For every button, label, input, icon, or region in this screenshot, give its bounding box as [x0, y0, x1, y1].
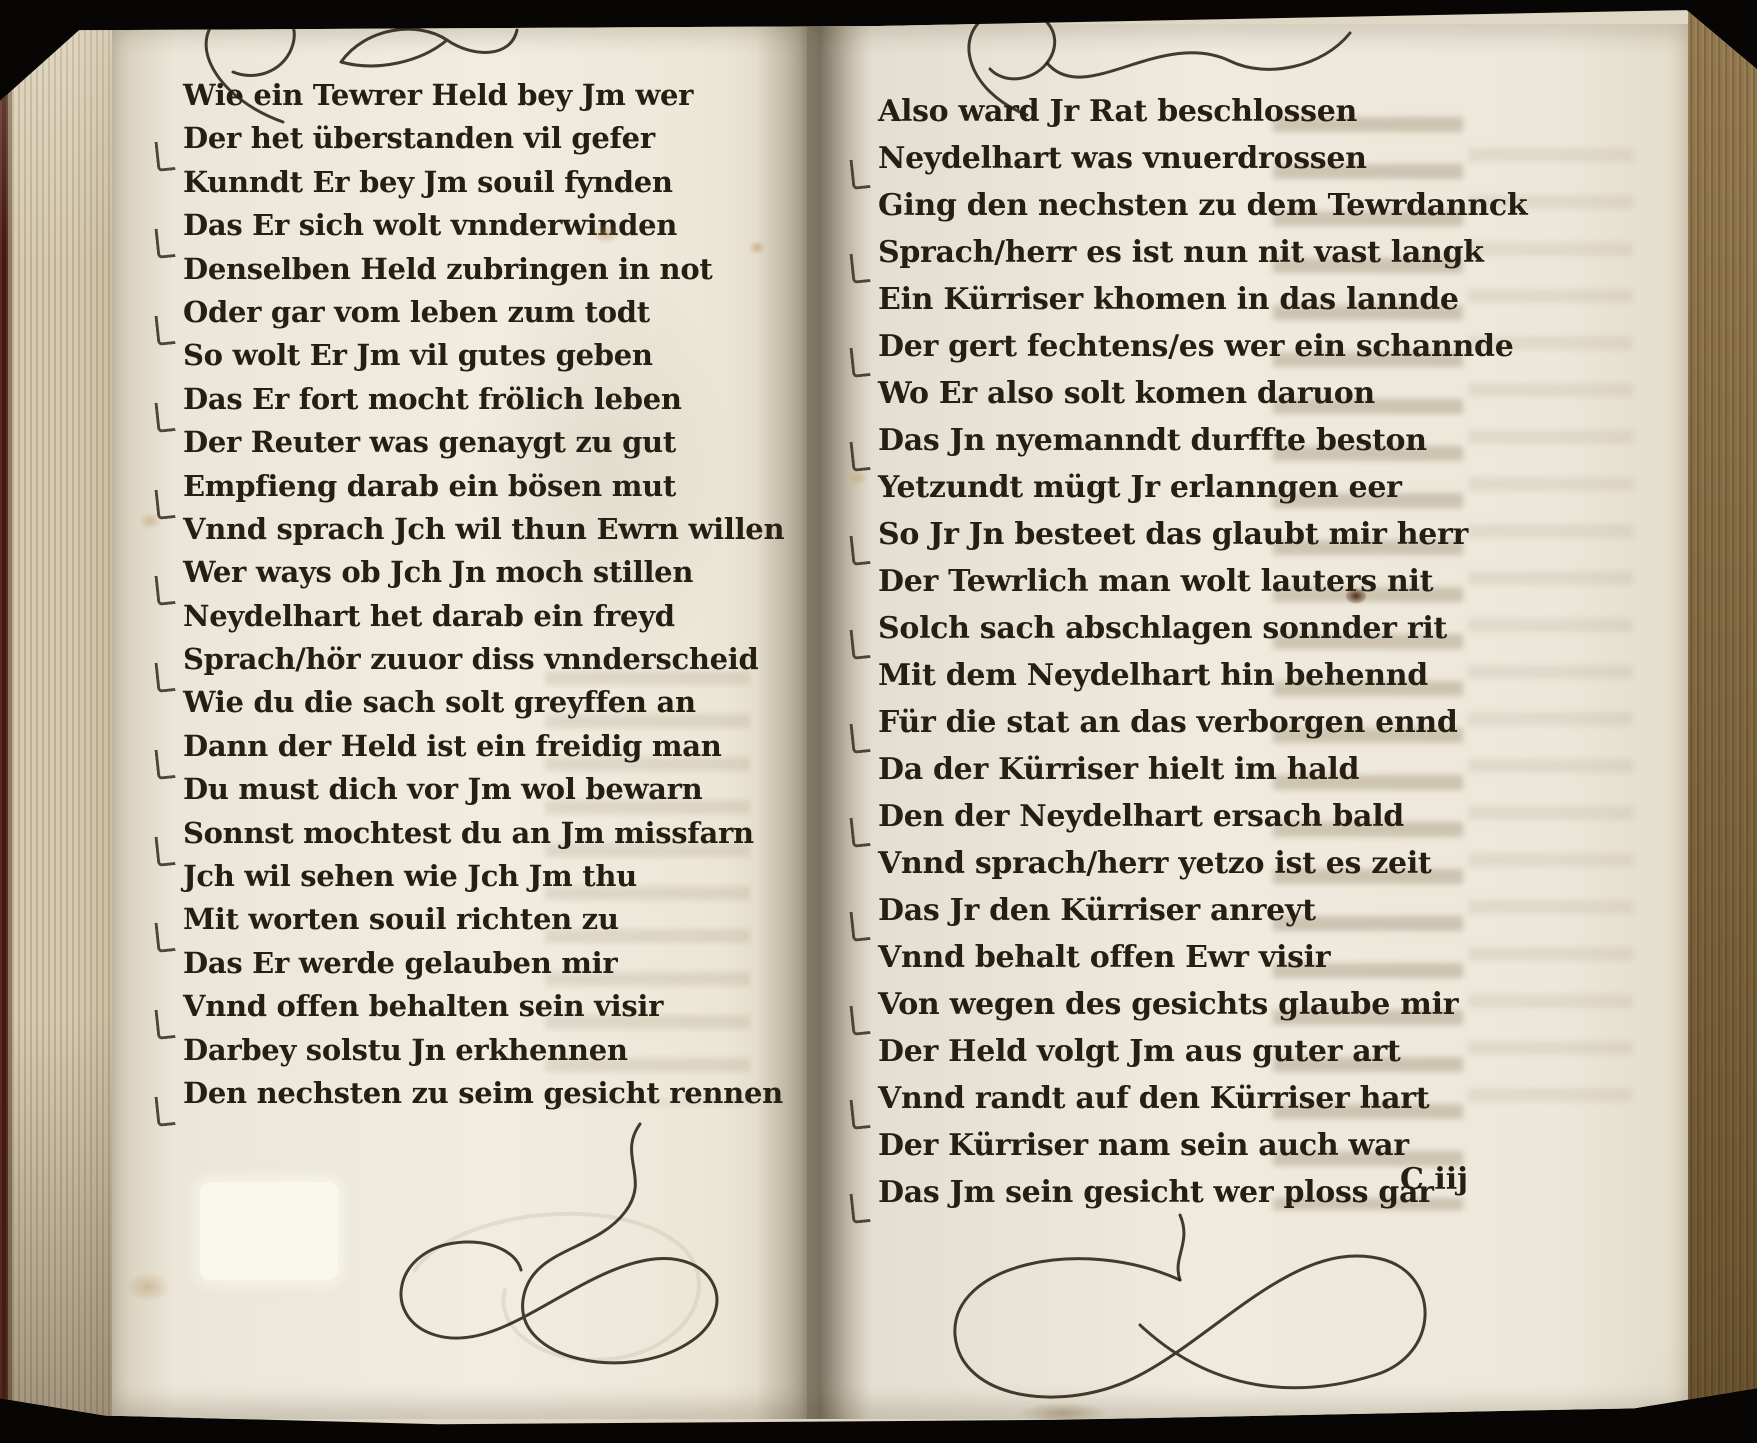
couplet-hook-mark: [154, 922, 175, 954]
verse-line: Ging den nechsten zu dem Tewrdannck: [878, 182, 1527, 229]
couplet-hook-mark: [849, 534, 870, 566]
verse-line: Den nechsten zu seim gesicht rennen: [183, 1072, 784, 1115]
verse-line: Yetzundt mügt Jr erlanngen eer: [878, 464, 1527, 511]
verse-line-text: Vnnd offen behalten sein visir: [183, 989, 663, 1023]
verse-line: Oder gar vom leben zum todt: [183, 291, 784, 334]
couplet-hook-mark: [154, 1008, 175, 1040]
couplet-hook-mark: [154, 401, 175, 433]
verse-line: Da der Kürriser hielt im hald: [878, 746, 1527, 793]
verse-line: Solch sach abschlagen sonnder rit: [878, 605, 1527, 652]
verse-line: Vnnd randt auf den Kürriser hart: [878, 1075, 1527, 1122]
verse-line: Wie ein Tewrer Held bey Jm wer: [183, 74, 784, 117]
verse-line-text: Also ward Jr Rat beschlossen: [878, 94, 1357, 129]
verse-column-right: Also ward Jr Rat beschlossenNeydelhart w…: [878, 88, 1527, 1216]
couplet-hook-mark: [154, 835, 175, 867]
verse-line: Für die stat an das verborgen ennd: [878, 699, 1527, 746]
verse-line-text: So wolt Er Jm vil gutes geben: [183, 338, 653, 372]
page-edges-left: [0, 0, 118, 1443]
verse-line: So wolt Er Jm vil gutes geben: [183, 334, 784, 377]
verse-line-text: Wie du die sach solt greyffen an: [183, 685, 696, 719]
verse-line-text: Sonnst mochtest du an Jm missfarn: [183, 816, 754, 850]
verse-line: Empfieng darab ein bösen mut: [183, 465, 784, 508]
verse-column-left: Wie ein Tewrer Held bey Jm werDer het üb…: [183, 74, 784, 1115]
couplet-hook-mark: [849, 1192, 870, 1224]
couplet-hook-mark: [154, 488, 175, 520]
verse-line-text: Neydelhart het darab ein freyd: [183, 599, 675, 633]
verse-line-text: Das Jn nyemanndt durffte beston: [878, 423, 1427, 458]
couplet-hook-mark: [154, 574, 175, 606]
verse-line-text: Das Er sich wolt vnnderwinden: [183, 208, 677, 242]
verse-line-text: Der Held volgt Jm aus guter art: [878, 1034, 1400, 1069]
verse-line-text: Das Jr den Kürriser anreyt: [878, 893, 1316, 928]
verse-line-text: Der Kürriser nam sein auch war: [878, 1128, 1409, 1163]
verse-line-text: Da der Kürriser hielt im hald: [878, 752, 1359, 787]
verse-line: Sonnst mochtest du an Jm missfarn: [183, 812, 784, 855]
verse-line-text: So Jr Jn besteet das glaubt mir herr: [878, 517, 1468, 552]
verse-line-text: Sprach/hör zuuor diss vnnderscheid: [183, 642, 758, 676]
couplet-hook-mark: [849, 1098, 870, 1130]
verse-line-text: Mit dem Neydelhart hin behennd: [878, 658, 1428, 693]
couplet-hook-mark: [154, 661, 175, 693]
verse-line-text: Wo Er also solt komen daruon: [878, 376, 1375, 411]
verse-line: Denselben Held zubringen in not: [183, 248, 784, 291]
verse-line: Ein Kürriser khomen in das lannde: [878, 276, 1527, 323]
verse-line: Mit worten souil richten zu: [183, 898, 784, 941]
verse-line: Mit dem Neydelhart hin behennd: [878, 652, 1527, 699]
verse-line-text: Dann der Held ist ein freidig man: [183, 729, 722, 763]
verse-line: Das Jn nyemanndt durffte beston: [878, 417, 1527, 464]
verse-line-text: Das Jm sein gesicht wer ploss gar: [878, 1175, 1434, 1210]
verse-line-text: Denselben Held zubringen in not: [183, 252, 712, 286]
verse-line-text: Ein Kürriser khomen in das lannde: [878, 282, 1459, 317]
couplet-hook-mark: [849, 252, 870, 284]
couplet-hook-mark: [849, 346, 870, 378]
couplet-hook-mark: [849, 158, 870, 190]
verse-line-text: Vnnd behalt offen Ewr visir: [878, 940, 1330, 975]
verse-line-text: Für die stat an das verborgen ennd: [878, 705, 1458, 740]
verse-line-text: Der het überstanden vil gefer: [183, 121, 655, 155]
verse-line: Vnnd sprach Jch wil thun Ewrn willen: [183, 508, 784, 551]
verse-line: Der Tewrlich man wolt lauters nit: [878, 558, 1527, 605]
verse-line-text: Das Er fort mocht frölich leben: [183, 382, 682, 416]
verse-line-text: Oder gar vom leben zum todt: [183, 295, 650, 329]
verse-line: Das Er fort mocht frölich leben: [183, 378, 784, 421]
verse-line: Kunndt Er bey Jm souil fynden: [183, 161, 784, 204]
verse-line: Vnnd sprach/herr yetzo ist es zeit: [878, 840, 1527, 887]
verse-line: Wo Er also solt komen daruon: [878, 370, 1527, 417]
verse-line-text: Jch wil sehen wie Jch Jm thu: [183, 859, 637, 893]
verse-line: Du must dich vor Jm wol bewarn: [183, 768, 784, 811]
couplet-hook-mark: [154, 748, 175, 780]
verse-line: Wie du die sach solt greyffen an: [183, 681, 784, 724]
verse-line-text: Von wegen des gesichts glaube mir: [878, 987, 1458, 1022]
verse-line-text: Den der Neydelhart ersach bald: [878, 799, 1404, 834]
verse-line: So Jr Jn besteet das glaubt mir herr: [878, 511, 1527, 558]
verse-line-text: Der Reuter was genaygt zu gut: [183, 425, 676, 459]
verse-line-text: Solch sach abschlagen sonnder rit: [878, 611, 1447, 646]
verse-line-text: Wie ein Tewrer Held bey Jm wer: [183, 78, 693, 112]
verse-line-text: Der Tewrlich man wolt lauters nit: [878, 564, 1433, 599]
verse-line-text: Neydelhart was vnuerdrossen: [878, 141, 1367, 176]
couplet-hook-mark: [154, 314, 175, 346]
verse-line-text: Sprach/herr es ist nun nit vast langk: [878, 235, 1484, 270]
verse-line: Den der Neydelhart ersach bald: [878, 793, 1527, 840]
verse-line: Von wegen des gesichts glaube mir: [878, 981, 1527, 1028]
couplet-hook-mark: [154, 1095, 175, 1127]
verse-line: Jch wil sehen wie Jch Jm thu: [183, 855, 784, 898]
couplet-hook-mark: [849, 1004, 870, 1036]
verse-line: Das Er werde gelauben mir: [183, 942, 784, 985]
verse-line: Neydelhart het darab ein freyd: [183, 595, 784, 638]
fore-edge-right: [1688, 0, 1757, 1443]
verse-line-text: Du must dich vor Jm wol bewarn: [183, 772, 702, 806]
verse-line: Der gert fechtens/es wer ein schannde: [878, 323, 1527, 370]
verse-line-text: Das Er werde gelauben mir: [183, 946, 617, 980]
verse-line: Wer ways ob Jch Jn moch stillen: [183, 551, 784, 594]
verse-line-text: Wer ways ob Jch Jn moch stillen: [183, 555, 693, 589]
couplet-hook-mark: [849, 628, 870, 660]
calligraphic-flourish-bottom-left: [295, 1120, 725, 1420]
verse-line: Der Held volgt Jm aus guter art: [878, 1028, 1527, 1075]
verse-line-text: Vnnd sprach/herr yetzo ist es zeit: [878, 846, 1431, 881]
verse-line-text: Yetzundt mügt Jr erlanngen eer: [878, 470, 1402, 505]
verse-line: Der Reuter was genaygt zu gut: [183, 421, 784, 464]
calligraphic-flourish-bottom-right: [880, 1205, 1460, 1430]
verse-line-text: Kunndt Er bey Jm souil fynden: [183, 165, 673, 199]
signature-mark: C iij: [1400, 1162, 1468, 1197]
verse-line: Dann der Held ist ein freidig man: [183, 725, 784, 768]
open-book: Wie ein Tewrer Held bey Jm werDer het üb…: [0, 0, 1757, 1443]
verse-line-text: Darbey solstu Jn erkhennen: [183, 1033, 628, 1067]
couplet-hook-mark: [849, 816, 870, 848]
verse-line: Neydelhart was vnuerdrossen: [878, 135, 1527, 182]
verse-line-text: Den nechsten zu seim gesicht rennen: [183, 1076, 783, 1110]
verse-line-text: Vnnd sprach Jch wil thun Ewrn willen: [183, 512, 784, 546]
verse-line: Das Jr den Kürriser anreyt: [878, 887, 1527, 934]
verse-line: Der het überstanden vil gefer: [183, 117, 784, 160]
verse-line-text: Ging den nechsten zu dem Tewrdannck: [878, 188, 1527, 223]
verse-line: Also ward Jr Rat beschlossen: [878, 88, 1527, 135]
verse-line: Darbey solstu Jn erkhennen: [183, 1029, 784, 1072]
verse-line-text: Der gert fechtens/es wer ein schannde: [878, 329, 1514, 364]
couplet-hook-mark: [154, 227, 175, 259]
couplet-hook-mark: [849, 910, 870, 942]
verse-line: Sprach/hör zuuor diss vnnderscheid: [183, 638, 784, 681]
verse-line-text: Vnnd randt auf den Kürriser hart: [878, 1081, 1429, 1116]
couplet-hook-mark: [154, 141, 175, 173]
verse-line: Vnnd offen behalten sein visir: [183, 985, 784, 1028]
verse-line: Vnnd behalt offen Ewr visir: [878, 934, 1527, 981]
couplet-hook-mark: [849, 440, 870, 472]
verse-line-text: Mit worten souil richten zu: [183, 902, 619, 936]
verse-line: Sprach/herr es ist nun nit vast langk: [878, 229, 1527, 276]
verse-line-text: Empfieng darab ein bösen mut: [183, 469, 676, 503]
couplet-hook-mark: [849, 722, 870, 754]
verse-line: Das Er sich wolt vnnderwinden: [183, 204, 784, 247]
